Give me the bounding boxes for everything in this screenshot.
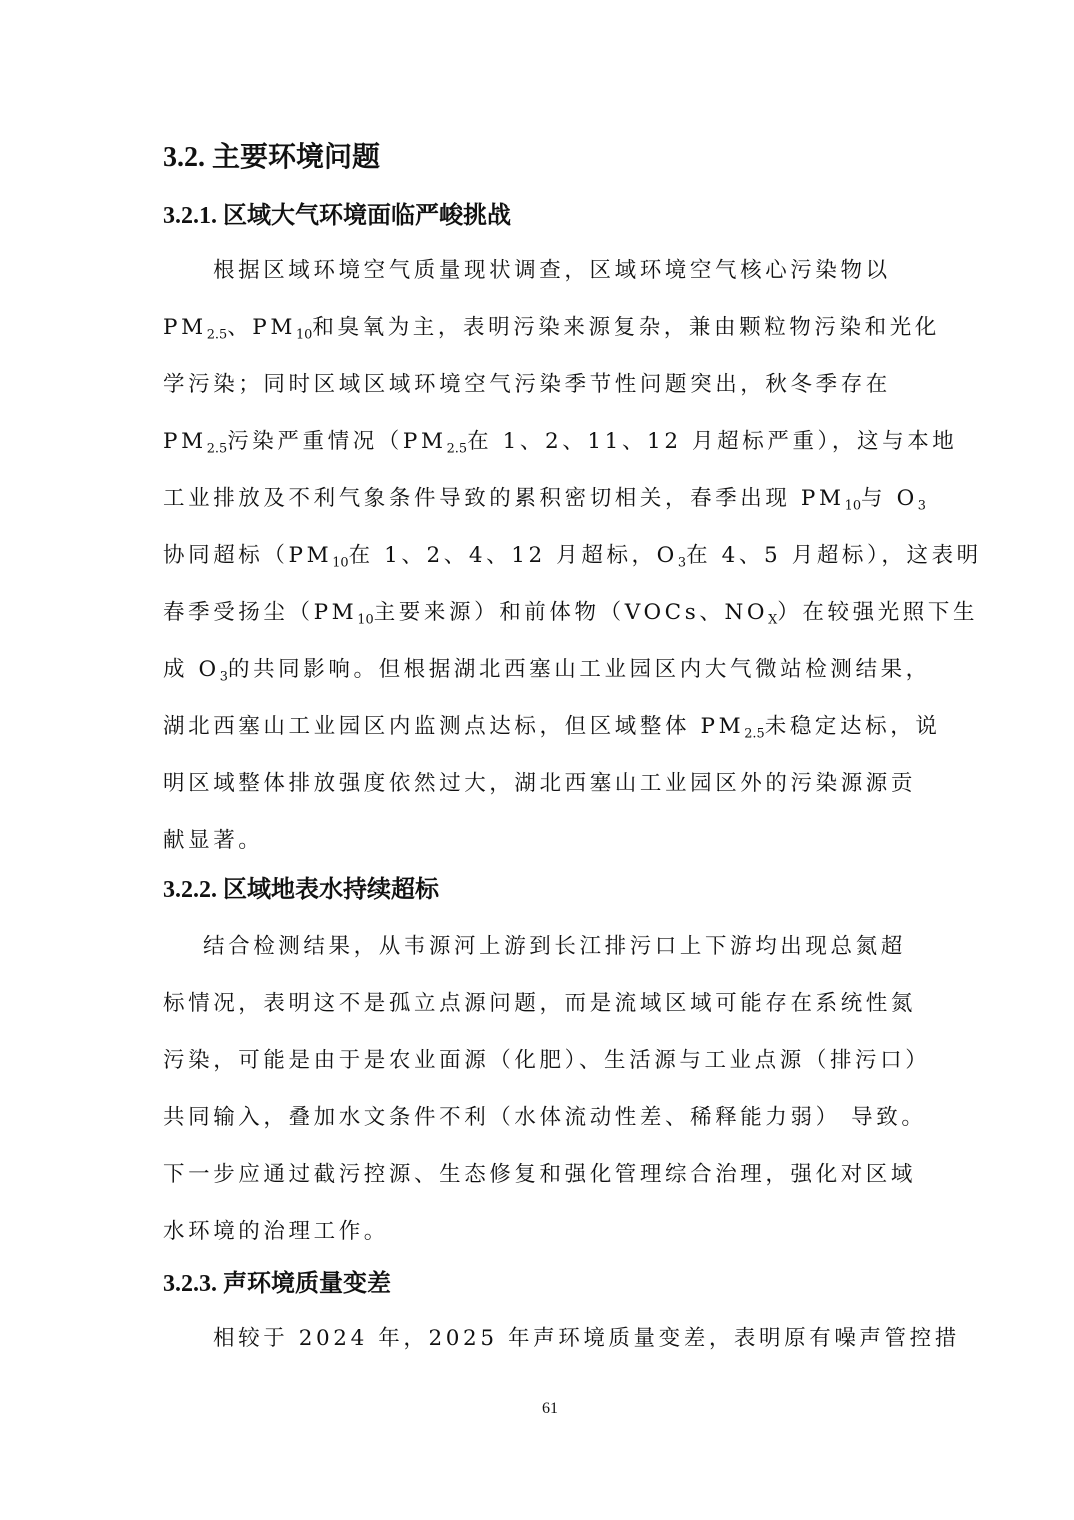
text-line: PM2.5污染严重情况（PM2.5在 1、2、11、12 月超标严重），这与本地 [163, 413, 913, 470]
text-line: 水环境的治理工作。 [163, 1203, 913, 1260]
paragraph-acoustic: 相较于 2024 年，2025 年声环境质量变差，表明原有噪声管控措 [163, 1310, 913, 1367]
section-heading: 3.2. 主要环境问题 [163, 140, 380, 176]
subsection-heading-surface-water: 3.2.2. 区域地表水持续超标 [163, 874, 439, 906]
text-line: 标情况，表明这不是孤立点源问题，而是流域区域可能存在系统性氮 [163, 975, 913, 1032]
subsection-heading-acoustic: 3.2.3. 声环境质量变差 [163, 1268, 391, 1300]
text-line: 共同输入，叠加水文条件不利（水体流动性差、稀释能力弱） 导致。 [163, 1089, 913, 1146]
text-line: 下一步应通过截污控源、生态修复和强化管理综合治理，强化对区域 [163, 1146, 913, 1203]
text-line: 协同超标（PM10在 1、2、4、12 月超标，O3在 4、5 月超标），这表明 [163, 527, 913, 584]
text-line: 结合检测结果，从韦源河上游到长江排污口上下游均出现总氮超 [163, 918, 913, 975]
subsection-heading-air: 3.2.1. 区域大气环境面临严峻挑战 [163, 200, 511, 232]
text-line: 春季受扬尘（PM10主要来源）和前体物（VOCs、NOX）在较强光照下生 [163, 584, 913, 641]
paragraph-air-quality: 根据区域环境空气质量现状调查，区域环境空气核心污染物以 PM2.5、PM10和臭… [163, 242, 913, 869]
text-line: 明区域整体排放强度依然过大，湖北西塞山工业园区外的污染源源贡 [163, 755, 913, 812]
paragraph-surface-water: 结合检测结果，从韦源河上游到长江排污口上下游均出现总氮超 标情况，表明这不是孤立… [163, 918, 913, 1260]
text-line: 成 O3的共同影响。但根据湖北西塞山工业园区内大气微站检测结果， [163, 641, 913, 698]
text-line: 学污染；同时区域区域环境空气污染季节性问题突出，秋冬季存在 [163, 356, 913, 413]
text-line: 献显著。 [163, 812, 913, 869]
document-page: 3.2. 主要环境问题 3.2.1. 区域大气环境面临严峻挑战 根据区域环境空气… [0, 0, 1074, 1520]
text-line: PM2.5、PM10和臭氧为主，表明污染来源复杂，兼由颗粒物污染和光化 [163, 299, 913, 356]
text-line: 湖北西塞山工业园区内监测点达标，但区域整体 PM2.5未稳定达标，说 [163, 698, 913, 755]
text-line: 污染，可能是由于是农业面源（化肥）、生活源与工业点源（排污口） [163, 1032, 913, 1089]
text-line: 根据区域环境空气质量现状调查，区域环境空气核心污染物以 [163, 242, 913, 299]
text-line: 工业排放及不利气象条件导致的累积密切相关，春季出现 PM10与 O3 [163, 470, 913, 527]
text-line: 相较于 2024 年，2025 年声环境质量变差，表明原有噪声管控措 [163, 1310, 913, 1367]
page-number: 61 [0, 1400, 1074, 1418]
